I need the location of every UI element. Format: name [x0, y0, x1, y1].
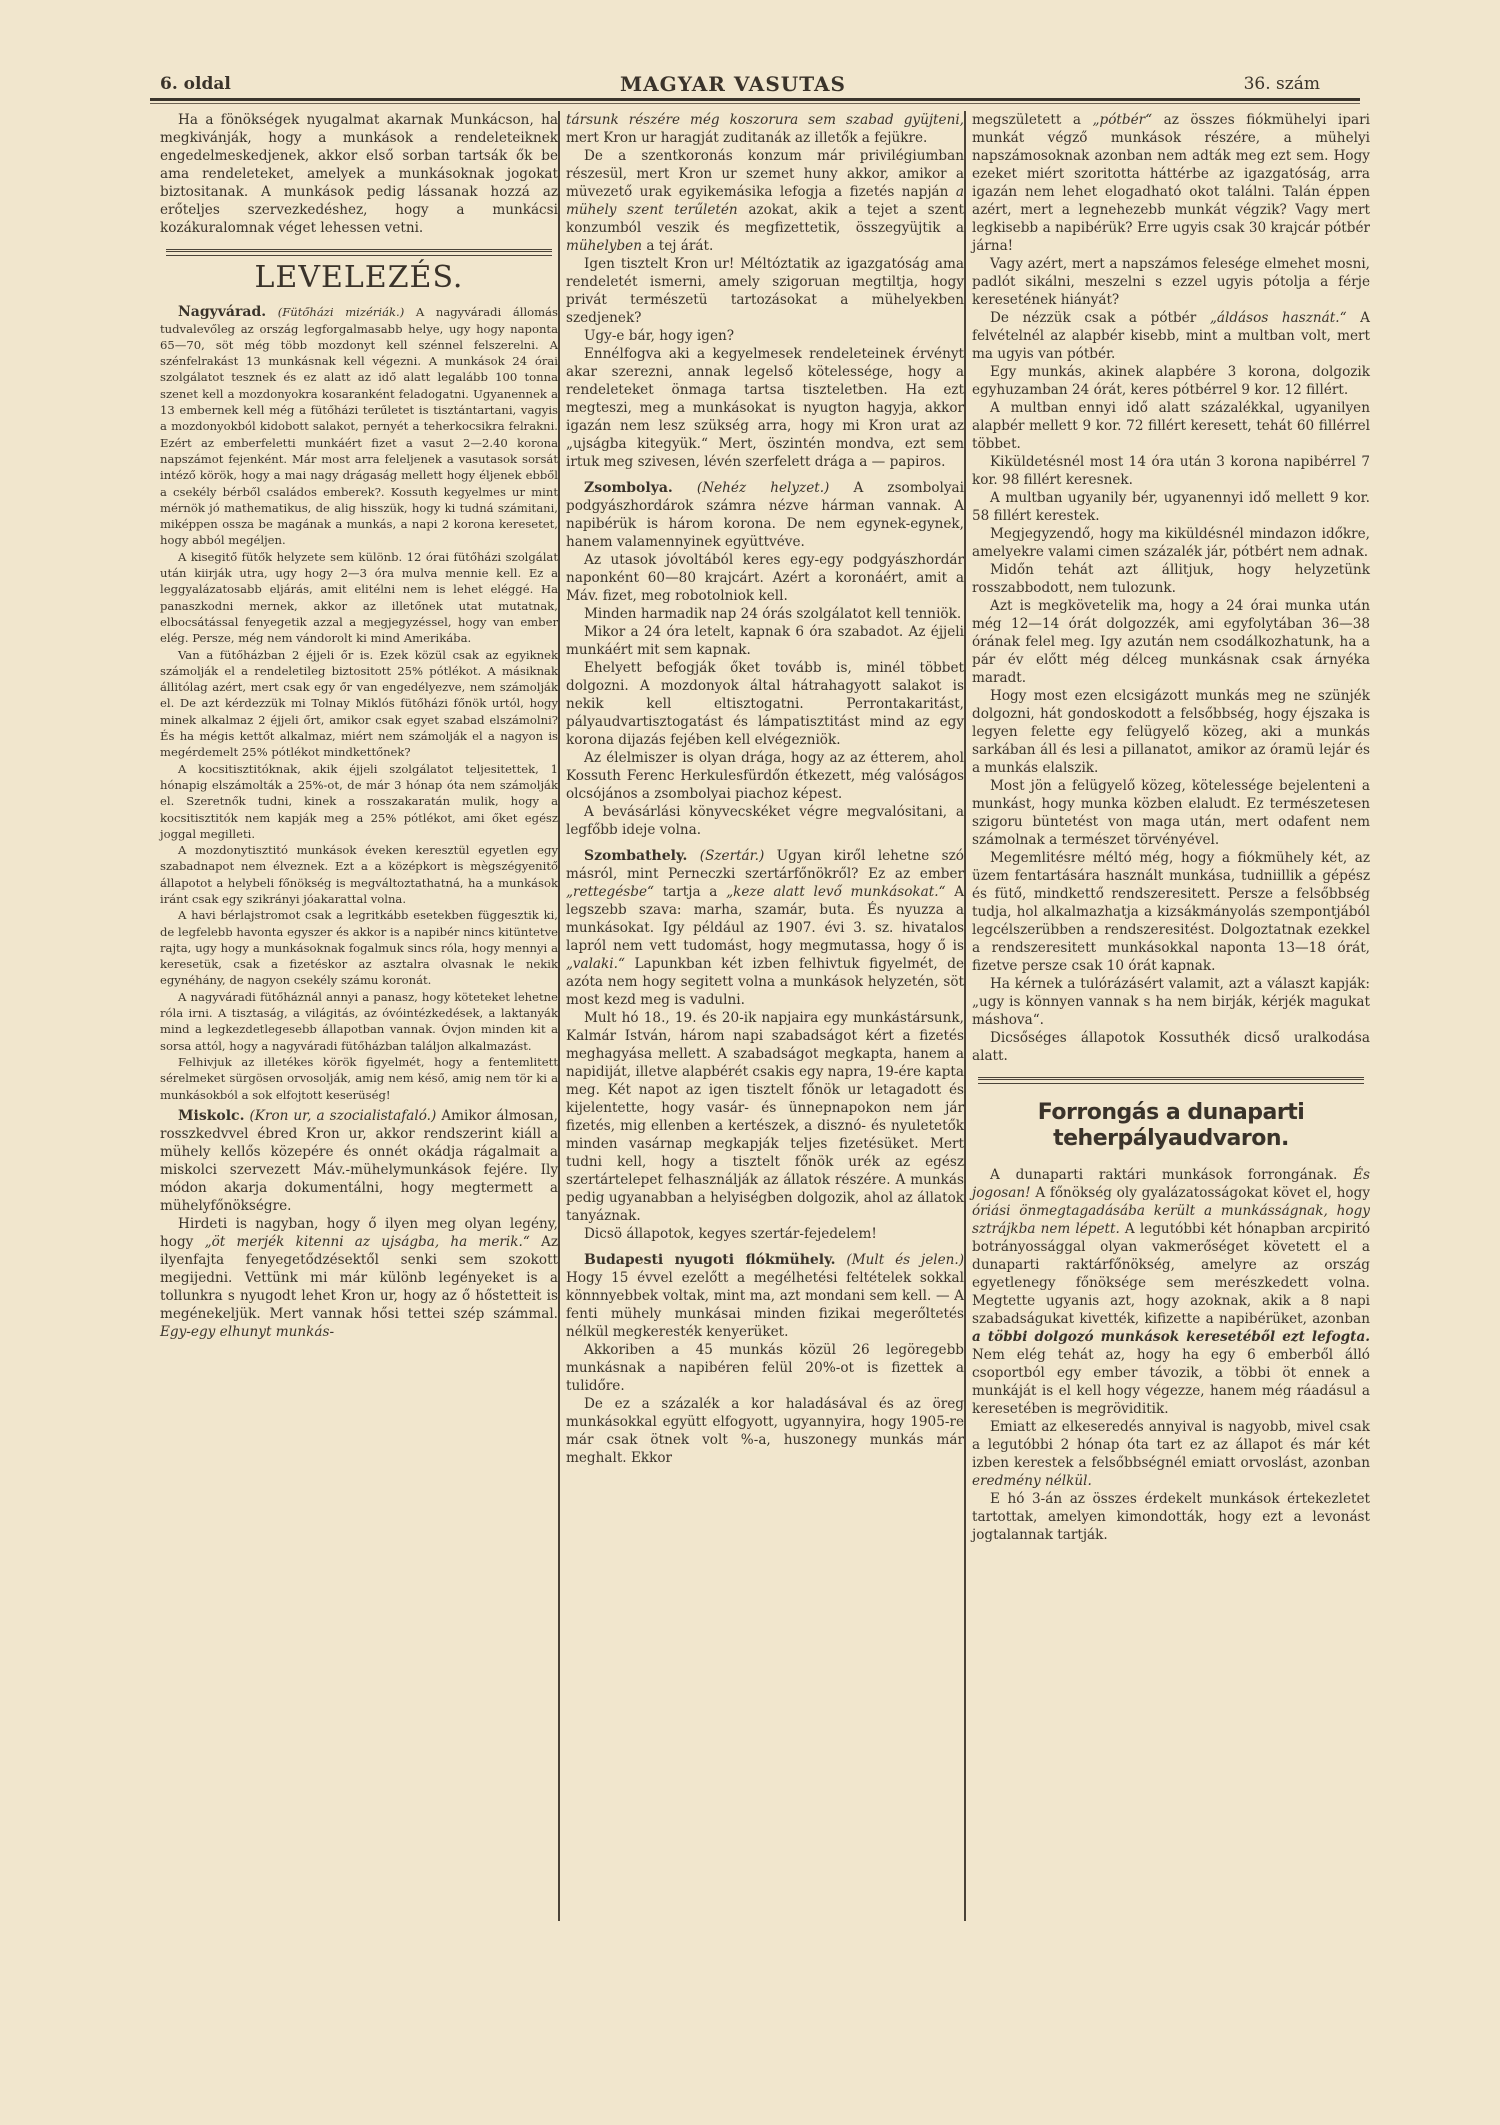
- article-paragraph: Az élelmiszer is olyan drága, hogy az az…: [566, 749, 964, 803]
- article-paragraph: Minden harmadik nap 24 órás szolgálatot …: [566, 605, 964, 623]
- article-paragraph: Az utasok jóvoltából keres egy-egy podgy…: [566, 551, 964, 605]
- article-paragraph: Hirdeti is nagyban, hogy ő ilyen meg oly…: [160, 1215, 558, 1341]
- article-paragraph: A kocsitisztitóknak, akik éjjeli szolgál…: [160, 761, 558, 842]
- article-paragraph: Ha kérnek a tulórázásért valamit, azt a …: [972, 975, 1370, 1029]
- column-2: társunk részére még koszorura sem szabad…: [566, 111, 964, 1467]
- subtitle: (Nehéz helyzet.): [697, 480, 829, 496]
- columns: Ha a fönökségek nyugalmat akarnak Munkác…: [150, 111, 1360, 1931]
- article-paragraph: Emiatt az elkeseredés annyival is nagyob…: [972, 1418, 1370, 1490]
- column-divider: [558, 111, 560, 1921]
- article-miskolc: Miskolc. (Kron ur, a szocialistafaló.) A…: [160, 1107, 558, 1341]
- dateline: Budapesti nyugoti flókmühely.: [584, 1252, 836, 1268]
- dateline: Zsombolya.: [584, 480, 673, 496]
- article-paragraph: Midőn tehát azt állitjuk, hogy helyzetün…: [972, 561, 1370, 597]
- article-paragraph: Megemlitésre méltó még, hogy a fiókmühel…: [972, 849, 1370, 975]
- subtitle: (Kron ur, a szocialistafaló.): [249, 1108, 436, 1124]
- dateline: Miskolc.: [178, 1108, 244, 1124]
- subtitle: (Fütőházi mizériák.): [278, 305, 405, 319]
- section-title: LEVELEZÉS.: [160, 270, 558, 286]
- masthead: 6. oldal MAGYAR VASUTAS 36. szám: [150, 72, 1360, 101]
- article-paragraph: Miskolc. (Kron ur, a szocialistafaló.) A…: [160, 1107, 558, 1215]
- article-paragraph: A multban ennyi idő alatt százalékkal, u…: [972, 399, 1370, 453]
- article-paragraph: Dicsőséges állapotok Kossuthék dicső ura…: [972, 1029, 1370, 1065]
- section-separator: [166, 249, 552, 256]
- article-szombathely: Szombathely. (Szertár.) Ugyan kiről lehe…: [566, 847, 964, 1243]
- intro-paragraph: Ha a fönökségek nyugalmat akarnak Munkác…: [160, 111, 558, 237]
- article-paragraph: A nagyváradi fütőháznál annyi a panasz, …: [160, 989, 558, 1054]
- article-paragraph: Akkoriben a 45 munkás közül 26 legöregeb…: [566, 1341, 964, 1395]
- dateline: Szombathely.: [584, 848, 687, 864]
- article-paragraph: A havi bérlajstromot csak a legritkább e…: [160, 907, 558, 988]
- article-paragraph: Nagyvárad. (Fütőházi mizériák.) A nagyvá…: [160, 304, 558, 548]
- article-paragraph: társunk részére még koszorura sem szabad…: [566, 111, 964, 147]
- article-paragraph: Ehelyett befogják őket tovább is, minél …: [566, 659, 964, 749]
- newspaper-title: MAGYAR VASUTAS: [620, 72, 846, 96]
- article-paragraph: Most jön a felügyelő közeg, kötelessége …: [972, 777, 1370, 849]
- article-paragraph: A multban ugyanily bér, ugyanennyi idő m…: [972, 489, 1370, 525]
- article-paragraph: A dunaparti raktári munkások forrongának…: [972, 1166, 1370, 1418]
- article-paragraph: Vagy azért, mert a napszámos felesége el…: [972, 255, 1370, 309]
- issue-number: 36. szám: [1244, 74, 1320, 94]
- column-3: megszületett a „pótbér“ az összes fiókmü…: [972, 111, 1370, 1544]
- article-paragraph: De ez a százalék a kor haladásával és az…: [566, 1395, 964, 1467]
- column-1: Ha a fönökségek nyugalmat akarnak Munkác…: [160, 111, 558, 1341]
- page-number: 6. oldal: [160, 74, 231, 94]
- article-paragraph: Ennélfogva aki a kegyelmesek rendeletein…: [566, 345, 964, 471]
- article-paragraph: A bevásárlási könyvecskéket végre megval…: [566, 803, 964, 839]
- subtitle: (Szertár.): [700, 848, 765, 864]
- article-paragraph: Budapesti nyugoti flókmühely. (Mult és j…: [566, 1251, 964, 1341]
- article-zsombolya: Zsombolya. (Nehéz helyzet.) A zsombolyai…: [566, 479, 964, 839]
- article-paragraph: Igen tisztelt Kron ur! Méltóztatik az ig…: [566, 255, 964, 327]
- article-paragraph: E hó 3-án az összes érdekelt munkások ér…: [972, 1490, 1370, 1544]
- masthead-rule: [150, 103, 1360, 104]
- article-dunaparti: Forrongás a dunaparti teherpályaudvaron.…: [972, 1100, 1370, 1544]
- article-paragraph: A mozdonytisztitó munkások éveken keresz…: [160, 842, 558, 907]
- article-paragraph: Kiküldetésnél most 14 óra után 3 korona …: [972, 453, 1370, 489]
- article-paragraph: Mikor a 24 óra letelt, kapnak 6 óra szab…: [566, 623, 964, 659]
- article-paragraph: Van a fütőházban 2 éjjeli őr is. Ezek kö…: [160, 647, 558, 761]
- article-paragraph: De a szentkoronás konzum már privilégium…: [566, 147, 964, 255]
- article-nagyvarad: Nagyvárad. (Fütőházi mizériák.) A nagyvá…: [160, 304, 558, 1103]
- article-paragraph: Azt is megkövetelik ma, hogy a 24 órai m…: [972, 597, 1370, 687]
- article-paragraph: Zsombolya. (Nehéz helyzet.) A zsombolyai…: [566, 479, 964, 551]
- article-paragraph: A kisegitő fütők helyzete sem különb. 12…: [160, 549, 558, 647]
- article-paragraph: Dicsö állapotok, kegyes szertár-fejedele…: [566, 1225, 964, 1243]
- article-headline: Forrongás a dunaparti teherpályaudvaron.: [972, 1100, 1370, 1152]
- article-paragraph: Megjegyzendő, hogy ma kiküldésnél mindaz…: [972, 525, 1370, 561]
- article-budapest: Budapesti nyugoti flókmühely. (Mult és j…: [566, 1251, 964, 1467]
- article-paragraph: Hogy most ezen elcsigázott munkás meg ne…: [972, 687, 1370, 777]
- article-paragraph: Egy munkás, akinek alapbére 3 korona, do…: [972, 363, 1370, 399]
- newspaper-page: 6. oldal MAGYAR VASUTAS 36. szám Ha a fö…: [150, 72, 1360, 1931]
- subtitle: (Mult és jelen.): [846, 1252, 964, 1268]
- article-paragraph: De nézzük csak a pótbér „áldásos hasznát…: [972, 309, 1370, 363]
- column-divider: [964, 111, 966, 1921]
- section-separator: [978, 1077, 1364, 1084]
- dateline: Nagyvárad.: [178, 304, 266, 320]
- article-paragraph: Ugy-e bár, hogy igen?: [566, 327, 964, 345]
- article-paragraph: Szombathely. (Szertár.) Ugyan kiről lehe…: [566, 847, 964, 1009]
- article-paragraph: megszületett a „pótbér“ az összes fiókmü…: [972, 111, 1370, 255]
- article-paragraph: Felhivjuk az illetékes körök figyelmét, …: [160, 1054, 558, 1103]
- article-paragraph: Mult hó 18., 19. és 20-ik napjaira egy m…: [566, 1009, 964, 1225]
